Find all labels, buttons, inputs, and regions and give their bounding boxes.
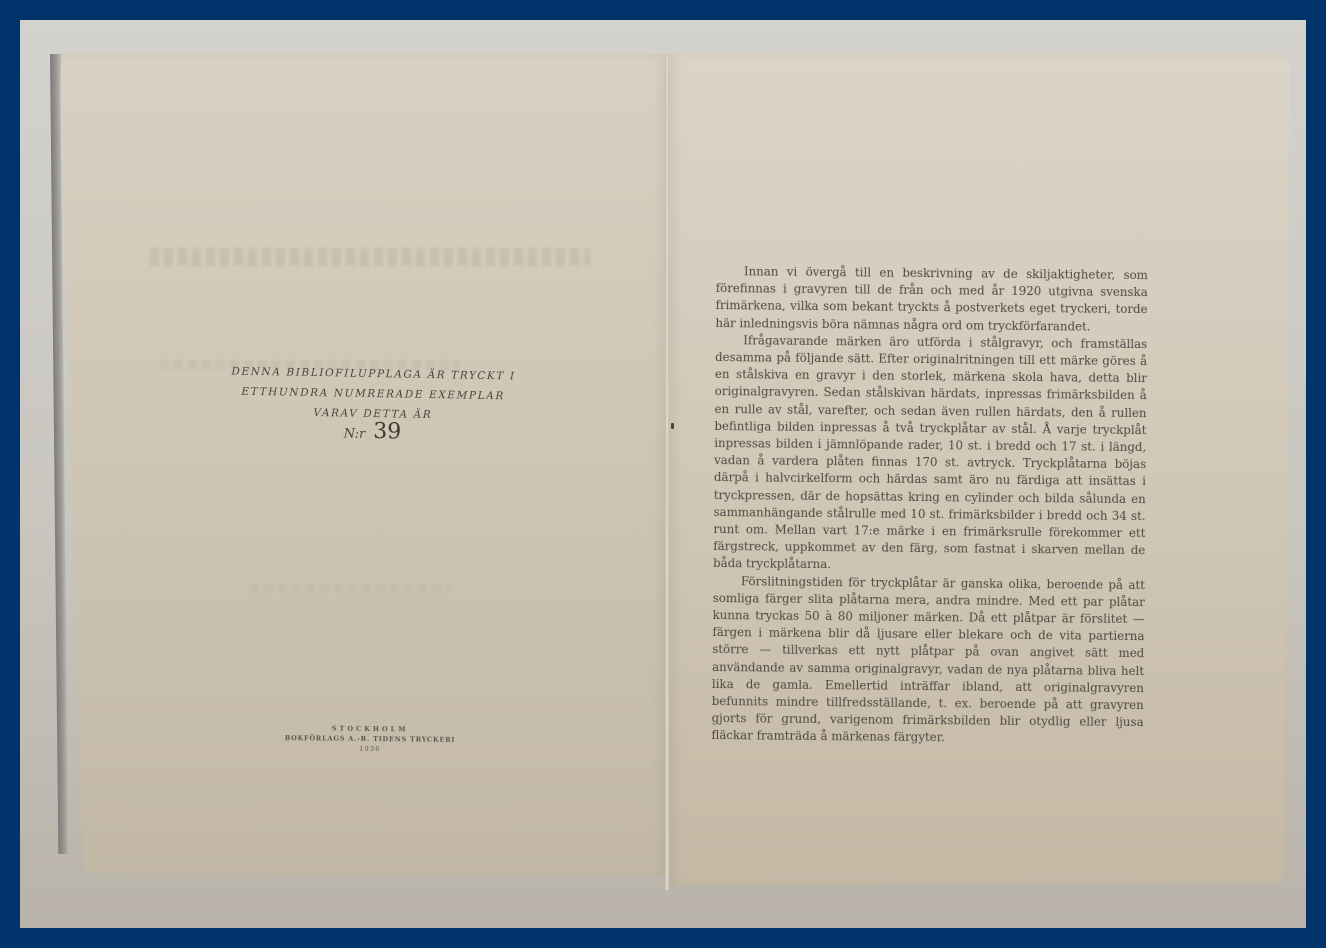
show-through-text — [250, 585, 450, 593]
imprint-year: 1936 — [270, 743, 470, 755]
staple-icon — [671, 423, 674, 429]
show-through-text — [150, 248, 590, 266]
imprint: STOCKHOLM BOKFÖRLAGS A.-B. TIDENS TRYCKE… — [270, 723, 470, 755]
paragraph: Ifrågavarande märken äro utförda i stålg… — [713, 332, 1147, 577]
paragraph: Innan vi övergå till en beskrivning av d… — [715, 263, 1148, 336]
page-body-text: Innan vi övergå till en beskrivning av d… — [711, 263, 1148, 749]
page-gutter — [665, 54, 669, 890]
edition-number-prefix: N:r — [344, 426, 366, 441]
edition-number-value: 39 — [373, 419, 401, 444]
paragraph: Förslitningstiden för tryckplåtar är gan… — [711, 573, 1145, 749]
colophon: DENNA BIBLIOFILUPPLAGA ÄR TRYCKT I ETTHU… — [222, 361, 523, 447]
